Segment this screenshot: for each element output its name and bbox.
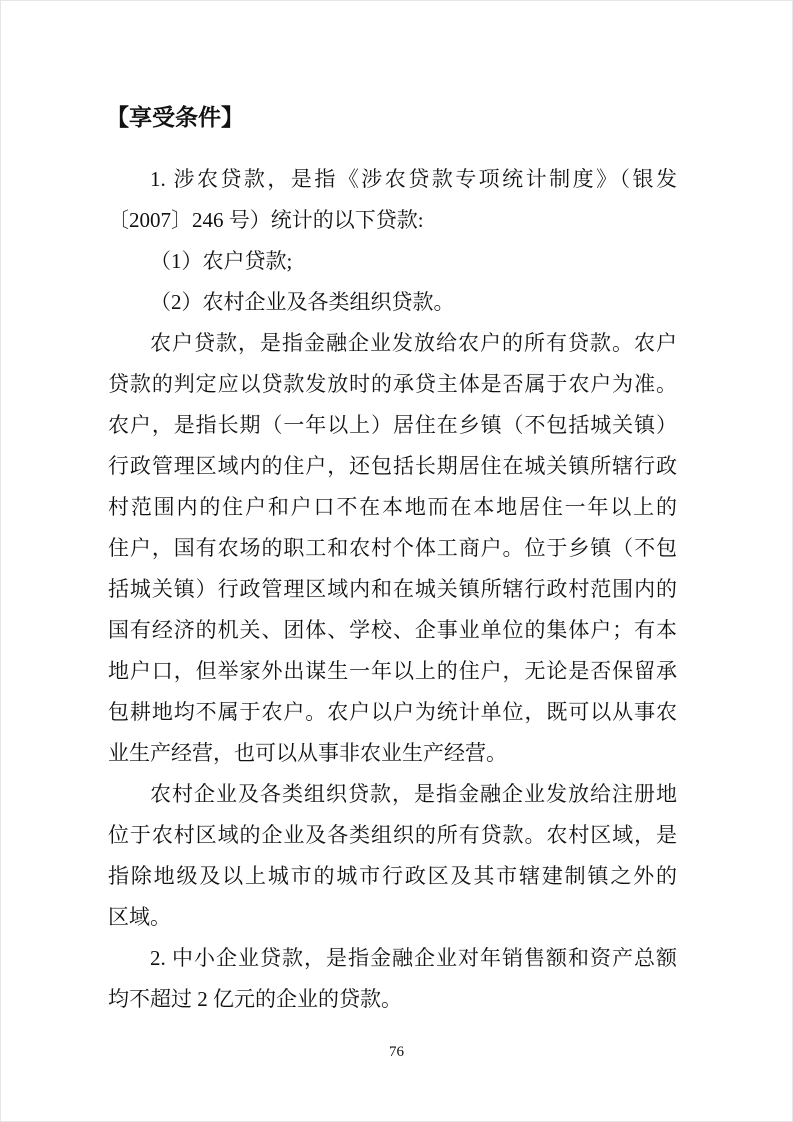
- document-page: 【享受条件】 1. 涉农贷款，是指《涉农贷款专项统计制度》（银发 〔2007〕2…: [0, 0, 793, 1122]
- body-line: 农户贷款，是指金融企业发放给农户的所有贷款。农户: [108, 323, 677, 364]
- body-line: 〔2007〕246 号）统计的以下贷款:: [108, 200, 677, 241]
- body-line: 指除地级及以上城市的城市行政区及其市辖建制镇之外的: [108, 856, 677, 897]
- body-line: 地户口，但举家外出谋生一年以上的住户，无论是否保留承: [108, 651, 677, 692]
- section-heading: 【享受条件】: [106, 97, 244, 138]
- page-number: 76: [0, 1032, 793, 1072]
- body-line: 农村企业及各类组织贷款，是指金融企业发放给注册地: [108, 774, 677, 815]
- body-line: 国有经济的机关、团体、学校、企事业单位的集体户；有本: [108, 610, 677, 651]
- body-text: 1. 涉农贷款，是指《涉农贷款专项统计制度》（银发 〔2007〕246 号）统计…: [108, 159, 677, 1020]
- body-line: 位于农村区域的企业及各类组织的所有贷款。农村区域，是: [108, 815, 677, 856]
- body-line: 包耕地均不属于农户。农户以户为统计单位，既可以从事农: [108, 692, 677, 733]
- body-line: 行政管理区域内的住户，还包括长期居住在城关镇所辖行政: [108, 446, 677, 487]
- body-line: 均不超过 2 亿元的企业的贷款。: [108, 979, 677, 1020]
- body-line: 区域。: [108, 897, 677, 938]
- body-line: （1）农户贷款;: [108, 241, 677, 282]
- body-line: （2）农村企业及各类组织贷款。: [108, 282, 677, 323]
- body-line: 村范围内的住户和户口不在本地而在本地居住一年以上的: [108, 487, 677, 528]
- body-line: 括城关镇）行政管理区域内和在城关镇所辖行政村范围内的: [108, 569, 677, 610]
- body-line: 住户，国有农场的职工和农村个体工商户。位于乡镇（不包: [108, 528, 677, 569]
- body-line: 业生产经营，也可以从事非农业生产经营。: [108, 733, 677, 774]
- body-line: 农户，是指长期（一年以上）居住在乡镇（不包括城关镇）: [108, 405, 677, 446]
- body-line: 2. 中小企业贷款，是指金融企业对年销售额和资产总额: [108, 938, 677, 979]
- body-line: 1. 涉农贷款，是指《涉农贷款专项统计制度》（银发: [108, 159, 677, 200]
- body-line: 贷款的判定应以贷款发放时的承贷主体是否属于农户为准。: [108, 364, 677, 405]
